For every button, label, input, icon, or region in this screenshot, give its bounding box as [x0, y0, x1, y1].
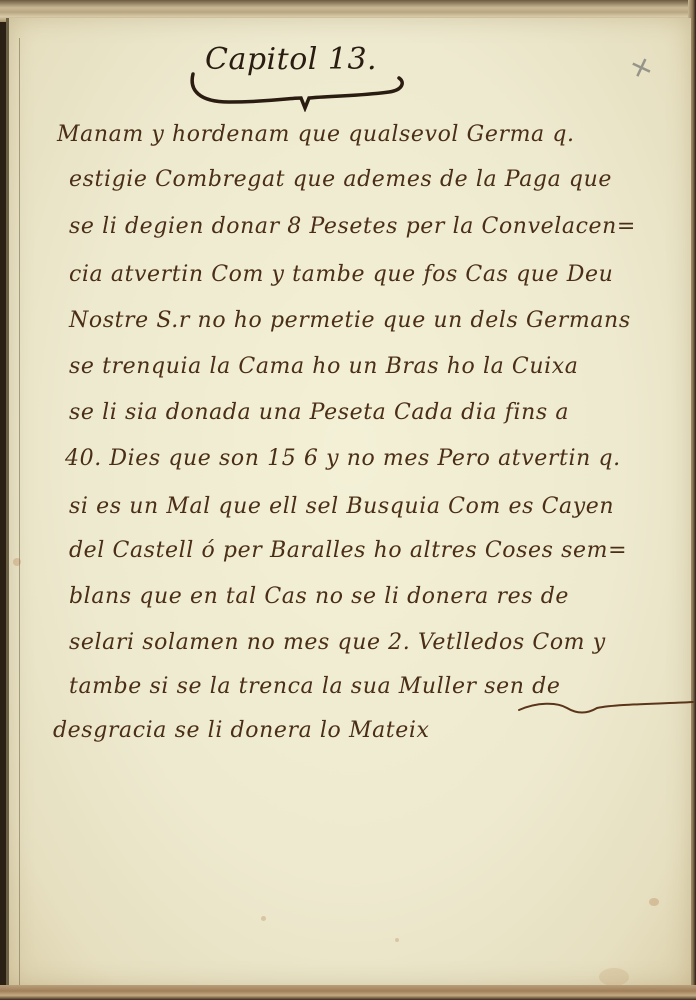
foxing-spot	[261, 916, 266, 921]
manuscript-line: cia atvertin Com y tambe que fos Cas que…	[69, 262, 613, 287]
foxing-spot	[395, 938, 399, 942]
pencil-cross-mark: ✕	[627, 51, 658, 87]
manuscript-line: estigie Combregat que ademes de la Paga …	[69, 167, 612, 192]
manuscript-line: del Castell ó per Baralles ho altres Cos…	[69, 538, 627, 563]
foxing-spot	[13, 558, 21, 566]
manuscript-line: desgracia se li donera lo Mateix	[53, 718, 430, 743]
binding-gutter-line	[19, 38, 20, 998]
manuscript-line: Nostre S.r no ho permetie que un dels Ge…	[69, 308, 631, 333]
line-end-flourish-icon	[517, 698, 696, 722]
foxing-spot	[599, 968, 629, 986]
manuscript-line: si es un Mal que ell sel Busquia Com es …	[69, 494, 614, 519]
manuscript-line: se li sia donada una Peseta Cada dia fin…	[69, 400, 569, 425]
manuscript-line: tambe si se la trenca la sua Muller sen …	[69, 674, 560, 699]
foxing-spot	[649, 898, 659, 906]
manuscript-line: 40. Dies que son 15 6 y no mes Pero atve…	[65, 446, 621, 471]
heading-underline-flourish-icon	[189, 68, 409, 112]
manuscript-line: Manam y hordenam que qualsevol Germa q.	[57, 122, 575, 147]
manuscript-line: blans que en tal Cas no se li donera res…	[69, 584, 569, 609]
manuscript-line: se trenquia la Cama ho un Bras ho la Cui…	[69, 354, 578, 379]
manuscript-line: se li degien donar 8 Pesetes per la Conv…	[69, 214, 636, 239]
page-stack-bottom-edge	[0, 985, 696, 1000]
manuscript-page: ✕ Capitol 13. Manam y hordenam que quals…	[6, 18, 691, 986]
manuscript-line: selari solamen no mes que 2. Vetlledos C…	[69, 630, 606, 655]
manuscript-scan: ✕ Capitol 13. Manam y hordenam que quals…	[0, 0, 696, 1000]
